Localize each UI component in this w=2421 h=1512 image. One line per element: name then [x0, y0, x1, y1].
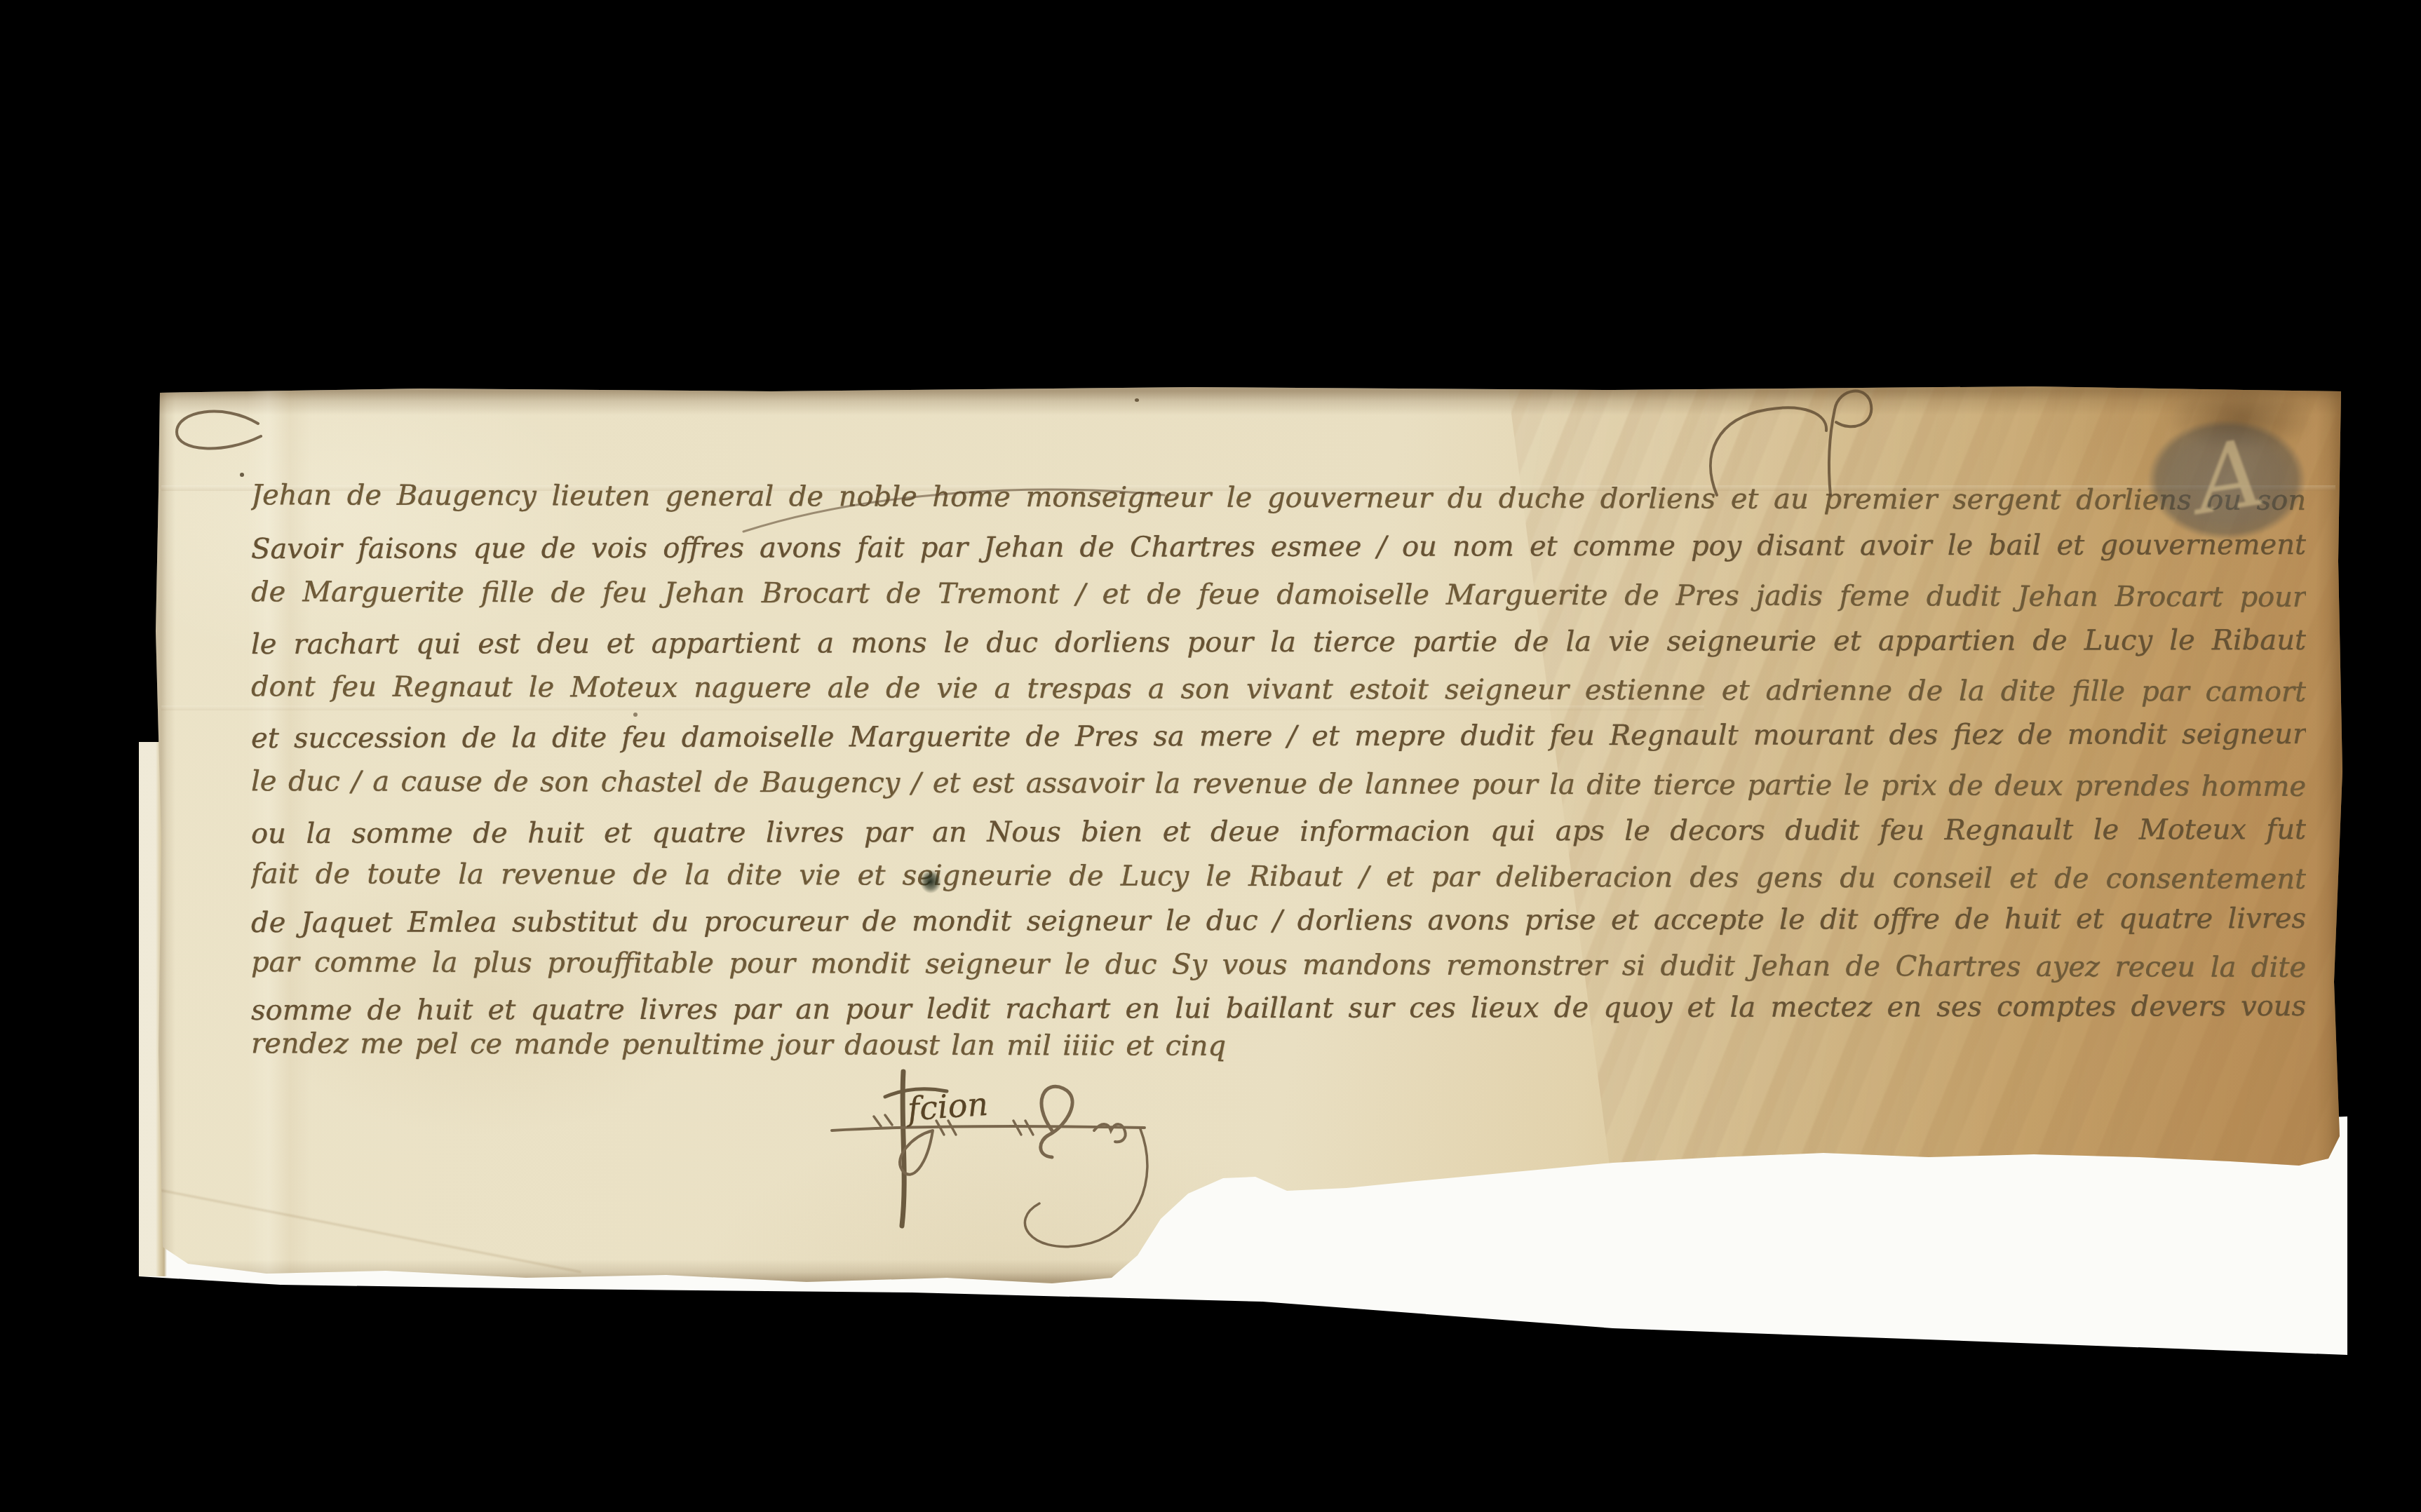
manuscript-line: le duc / a cause de son chastel de Bauge…: [251, 762, 2306, 811]
manuscript-line: par comme la plus prouffitable pour mond…: [251, 943, 2306, 992]
ink-blot: [920, 870, 941, 893]
ink-speck: [1135, 398, 1139, 402]
manuscript-line: Savoir faisons que de vois offres avons …: [251, 525, 2306, 573]
signature-name: fcion: [906, 1081, 1041, 1128]
diagonal-crease: [154, 1188, 581, 1273]
manuscript-line: de Marguerite fille de feu Jehan Brocart…: [251, 572, 2306, 621]
ink-speck: [633, 713, 638, 717]
archive-stamp-watermark: A: [2147, 419, 2306, 540]
manuscript-line: dont feu Regnaut le Moteux naguere ale d…: [251, 667, 2306, 716]
manuscript-line: et succession de la dite feu damoiselle …: [251, 715, 2306, 762]
ink-speck: [240, 473, 244, 477]
manuscript-line-date: rendez me pel ce mande penultime jour da…: [251, 1024, 1226, 1070]
manuscript-line: fait de toute la revenue de la dite vie …: [251, 854, 2306, 903]
manuscript-line: le rachart qui est deu et appartient a m…: [251, 621, 2306, 668]
ink-speck: [170, 384, 177, 391]
manuscript-scan: Jehan de Baugency lieuten general de nob…: [0, 0, 2421, 1512]
manuscript-line: Jehan de Baugency lieuten general de nob…: [251, 475, 2306, 525]
stamp-letter: A: [2180, 419, 2271, 537]
manuscript-line: de Jaquet Emlea substitut du procureur d…: [251, 899, 2306, 947]
manuscript-line: ou la somme de huit et quatre livres par…: [251, 810, 2306, 858]
